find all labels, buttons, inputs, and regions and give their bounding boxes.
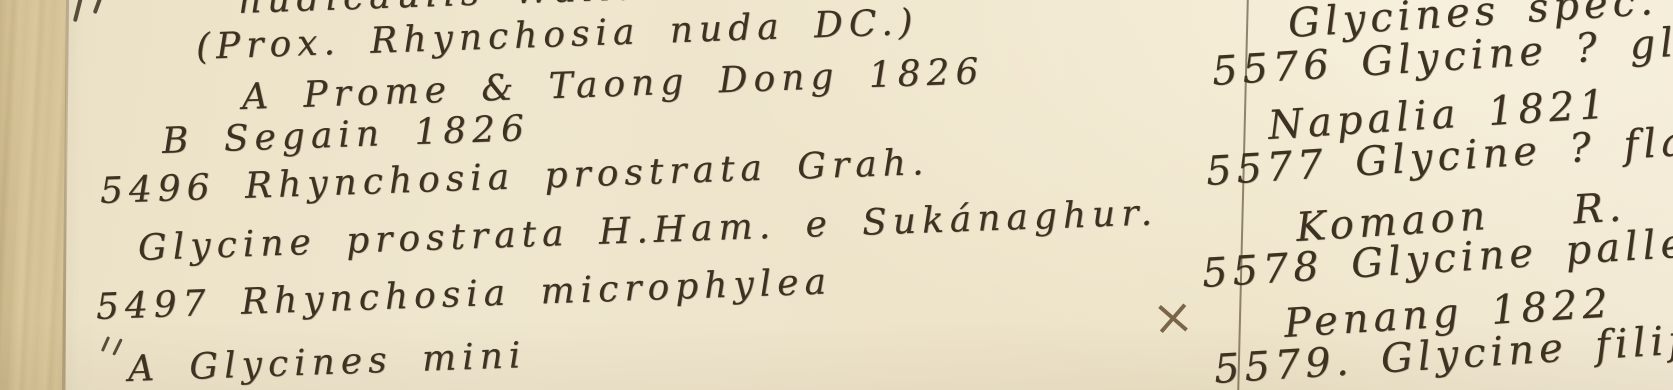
margin-cross-mark: × bbox=[1150, 287, 1196, 348]
book-page-edges bbox=[0, 0, 66, 390]
entry-5496-synonym: Glycine prostrata H.Ham. e Sukánaghur. bbox=[137, 195, 1158, 267]
entry-5497: 5497 Rhynchosia microphylea bbox=[95, 264, 832, 326]
ink-stroke-fragment bbox=[93, 0, 104, 14]
ink-stroke-fragment bbox=[101, 336, 110, 352]
entry-locality-a: A Prome & Taong Dong 1826 bbox=[241, 54, 985, 116]
entry-locality-b: B Segain 1826 bbox=[161, 111, 530, 160]
ink-stroke-fragment bbox=[73, 0, 83, 22]
entry-5497-synonym-fragment: A Glycines mini bbox=[127, 338, 526, 388]
catalogue-page-scan: nudicaulis Wall. (Prox. Rhynchosia nuda … bbox=[0, 0, 1673, 390]
ink-stroke-fragment bbox=[112, 338, 123, 355]
